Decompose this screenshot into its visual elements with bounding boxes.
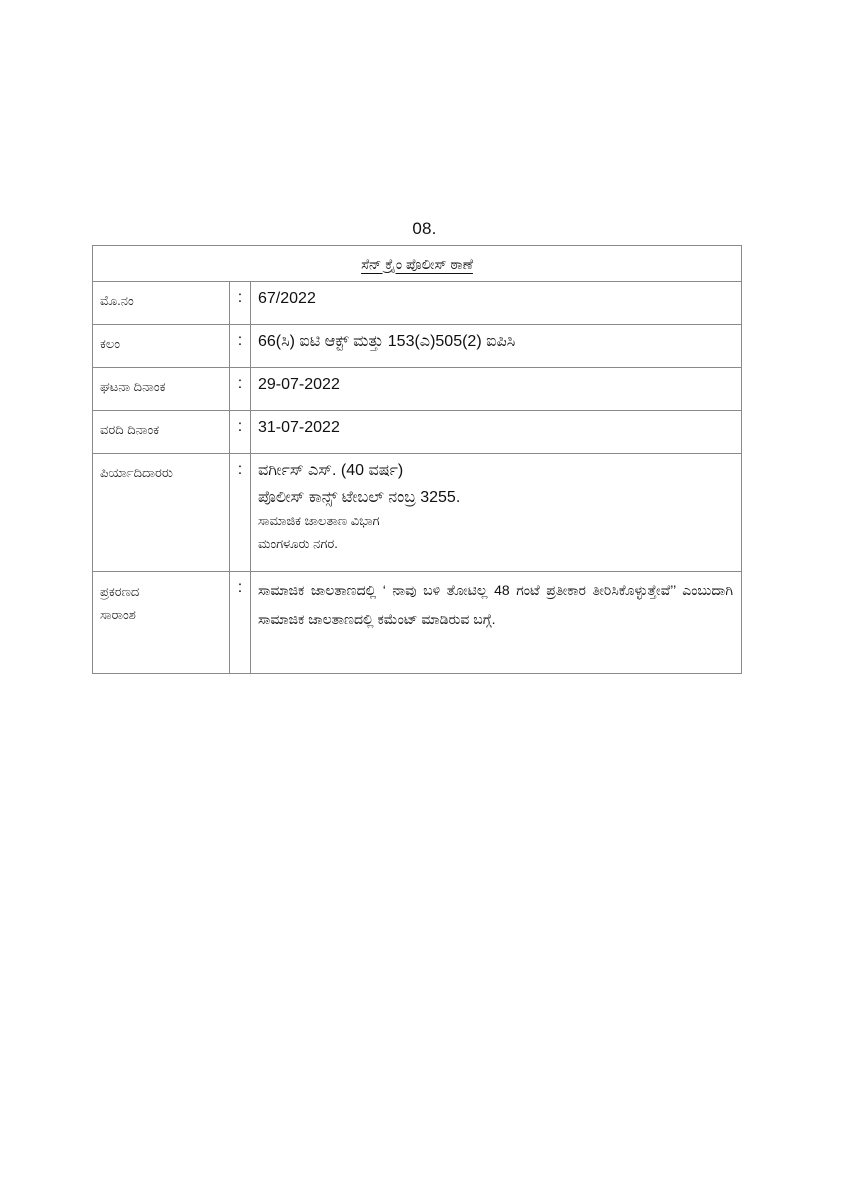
table-row-report-date: ವರದಿ ದಿನಾಂಕ : 31-07-2022 [93, 411, 742, 454]
fir-summary-table: ಸೆನ್ ಕ್ರೈಂ ಪೊಲೀಸ್ ಠಾಣೆ ಮೊ.ನಂ : 67/2022 ಕ… [92, 245, 742, 674]
label-report-date: ವರದಿ ದಿನಾಂಕ [93, 411, 230, 454]
colon-separator: : [230, 368, 251, 411]
value-case-number: 67/2022 [251, 282, 742, 325]
table-header-row: ಸೆನ್ ಕ್ರೈಂ ಪೊಲೀಸ್ ಠಾಣೆ [93, 246, 742, 282]
value-case-summary: ಸಾಮಾಜಿಕ ಜಾಲತಾಣದಲ್ಲಿ ‘ ನಾವು ಬಳಿ ತೋಟಿಲ್ಲ 4… [251, 572, 742, 674]
value-report-date: 31-07-2022 [251, 411, 742, 454]
colon-separator: : [230, 282, 251, 325]
complainant-city: ಮಂಗಳೂರು ನಗರ. [258, 532, 735, 555]
complainant-designation: ಪೊಲೀಸ್ ಕಾನ್ಸ್ ಟೇಬಲ್ ನಂಬ್ರ 3255. [258, 486, 735, 509]
complainant-department: ಸಾಮಾಜಿಕ ಜಾಲತಾಣ ವಿಭಾಗ [258, 509, 735, 532]
colon-separator: : [230, 411, 251, 454]
value-incident-date: 29-07-2022 [251, 368, 742, 411]
colon-separator: : [230, 572, 251, 674]
table-row-sections: ಕಲಂ : 66(ಸಿ) ಐಟಿ ಆಕ್ಟ್ ಮತ್ತು 153(ಎ)505(2… [93, 325, 742, 368]
label-complainant: ಪಿರ್ಯಾದಿದಾರರು [93, 454, 230, 572]
colon-separator: : [230, 325, 251, 368]
table-row-case-number: ಮೊ.ನಂ : 67/2022 [93, 282, 742, 325]
label-case-summary: ಪ್ರಕರಣದ ಸಾರಾಂಶ [93, 572, 230, 674]
table-header-cell: ಸೆನ್ ಕ್ರೈಂ ಪೊಲೀಸ್ ಠಾಣೆ [93, 246, 742, 282]
table-row-complainant: ಪಿರ್ಯಾದಿದಾರರು : ವರ್ಗೀಸ್ ಎಸ್. (40 ವರ್ಷ) ಪ… [93, 454, 742, 572]
table-row-incident-date: ಘಟನಾ ದಿನಾಂಕ : 29-07-2022 [93, 368, 742, 411]
table-row-case-summary: ಪ್ರಕರಣದ ಸಾರಾಂಶ : ಸಾಮಾಜಿಕ ಜಾಲತಾಣದಲ್ಲಿ ‘ ನ… [93, 572, 742, 674]
complainant-name: ವರ್ಗೀಸ್ ಎಸ್. (40 ವರ್ಷ) [258, 461, 735, 481]
label-incident-date: ಘಟನಾ ದಿನಾಂಕ [93, 368, 230, 411]
page-number: 08. [0, 219, 849, 239]
police-station-title: ಸೆನ್ ಕ್ರೈಂ ಪೊಲೀಸ್ ಠಾಣೆ [361, 254, 473, 273]
colon-separator: : [230, 454, 251, 572]
label-case-number: ಮೊ.ನಂ [93, 282, 230, 325]
value-complainant: ವರ್ಗೀಸ್ ಎಸ್. (40 ವರ್ಷ) ಪೊಲೀಸ್ ಕಾನ್ಸ್ ಟೇಬ… [251, 454, 742, 572]
label-sections: ಕಲಂ [93, 325, 230, 368]
label-case-summary-line-2: ಸಾರಾಂಶ [100, 603, 229, 626]
label-case-summary-line-1: ಪ್ರಕರಣದ [100, 580, 229, 603]
value-sections: 66(ಸಿ) ಐಟಿ ಆಕ್ಟ್ ಮತ್ತು 153(ಎ)505(2) ಐಪಿಸ… [251, 325, 742, 368]
